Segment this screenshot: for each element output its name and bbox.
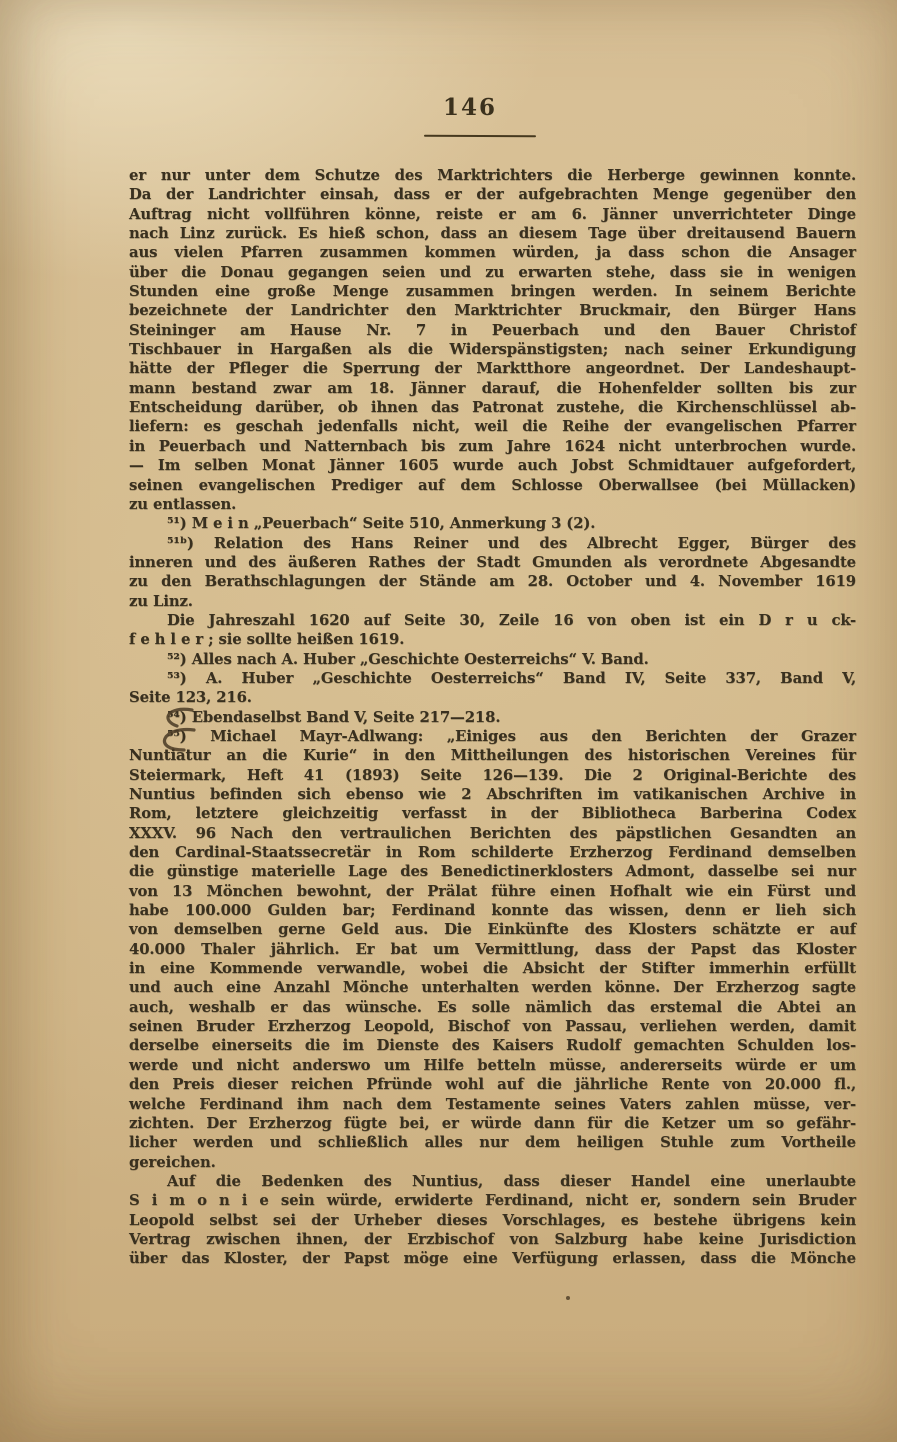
text-line: den Preis dieser reichen Pfründe wohl au… [129,1075,856,1094]
text-line: licher werden und schließlich alles nur … [129,1133,856,1152]
text-line: Tischbauer in Hargaßen als die Widerspän… [129,340,856,359]
text-line: Entscheidung darüber, ob ihnen das Patro… [129,398,856,417]
text-line: habe 100.000 Gulden bar; Ferdinand konnt… [129,901,856,920]
text-line: ⁵⁴) Ebendaselbst Band V, Seite 217—218. [129,708,856,727]
text-line: von demselben gerne Geld aus. Die Einkün… [129,920,856,939]
text-line: Da der Landrichter einsah, dass er der a… [129,185,856,204]
text-line: Auftrag nicht vollführen könne, reiste e… [129,205,856,224]
text-line: inneren und des äußeren Rathes der Stadt… [129,553,856,572]
text-line: über das Kloster, der Papst möge eine Ve… [129,1249,856,1268]
text-line: und auch eine Anzahl Mönche unterhalten … [129,978,856,997]
text-line: Steininger am Hause Nr. 7 in Peuerbach u… [129,321,856,340]
text-line: liefern: es geschah jedenfalls nicht, we… [129,417,856,436]
text-line: Vertrag zwischen ihnen, der Erzbischof v… [129,1230,856,1249]
text-line: auch, weshalb er das wünsche. Es solle n… [129,998,856,1017]
text-line: Auf die Bedenken des Nuntius, dass diese… [129,1172,856,1191]
text-line: welche Ferdinand ihm nach dem Testamente… [129,1095,856,1114]
text-line: Seite 123, 216. [129,688,856,707]
text-line: nach Linz zurück. Es hieß schon, dass an… [129,224,856,243]
scanned-book-page: { "page": { "number": "146", "paper_colo… [0,0,897,1442]
text-line: den Cardinal-Staatssecretär in Rom schil… [129,843,856,862]
text-line: f e h l e r ; sie sollte heißen 1619. [129,630,856,649]
text-line: Leopold selbst sei der Urheber dieses Vo… [129,1211,856,1230]
text-line: seinen Bruder Erzherzog Leopold, Bischof… [129,1017,856,1036]
page-number-rule [424,135,536,138]
text-line: von 13 Mönchen bewohnt, der Prälat führe… [129,882,856,901]
text-line: ⁵¹ᵇ) Relation des Hans Reiner und des Al… [129,534,856,553]
text-line: in eine Kommende verwandle, wobei die Ab… [129,959,856,978]
text-line: Nuntiatur an die Kurie“ in den Mittheilu… [129,746,856,765]
text-line: zichten. Der Erzherzog fügte bei, er wür… [129,1114,856,1133]
text-line: die günstige materielle Lage des Benedic… [129,862,856,881]
text-line: S i m o n i e sein würde, erwiderte Ferd… [129,1191,856,1210]
text-line: er nur unter dem Schutze des Marktrichte… [129,166,856,185]
page-number: 146 [0,94,897,121]
text-line: zu Linz. [129,592,856,611]
text-line: Stunden eine große Menge zusammen bringe… [129,282,856,301]
text-line: ⁵¹) M e i n „Peuerbach“ Seite 510, Anmer… [129,514,856,533]
ink-speck [566,1296,570,1300]
text-line: Nuntius befinden sich ebenso wie 2 Absch… [129,785,856,804]
text-line: mann bestand zwar am 18. Jänner darauf, … [129,379,856,398]
text-line: ⁵²) Alles nach A. Huber „Geschichte Oest… [129,650,856,669]
text-line: werde und nicht anderswo um Hilfe bettel… [129,1056,856,1075]
text-line: Die Jahreszahl 1620 auf Seite 30, Zeile … [129,611,856,630]
text-line: XXXV. 96 Nach den vertraulichen Berichte… [129,824,856,843]
text-line: über die Donau gegangen seien und zu erw… [129,263,856,282]
text-line: Rom, letztere gleichzeitig verfasst in d… [129,804,856,823]
text-line: ⁵³) A. Huber „Geschichte Oesterreichs“ B… [129,669,856,688]
handwritten-margin-mark [150,704,208,756]
text-line: — Im selben Monat Jänner 1605 wurde auch… [129,456,856,475]
text-line: seinen evangelischen Prediger auf dem Sc… [129,476,856,495]
text-line: hätte der Pfleger die Sperrung der Markt… [129,359,856,378]
text-line: bezeichnete der Landrichter den Marktric… [129,301,856,320]
text-block: er nur unter dem Schutze des Marktrichte… [129,166,856,1269]
text-line: Steiermark, Heft 41 (1893) Seite 126—139… [129,766,856,785]
text-line: ⁵⁵) Michael Mayr-Adlwang: „Einiges aus d… [129,727,856,746]
text-line: 40.000 Thaler jährlich. Er bat um Vermit… [129,940,856,959]
text-line: in Peuerbach und Natternbach bis zum Jah… [129,437,856,456]
text-line: zu den Berathschlagungen der Stände am 2… [129,572,856,591]
text-line: zu entlassen. [129,495,856,514]
text-line: derselbe einerseits die im Dienste des K… [129,1036,856,1055]
text-line: aus vielen Pfarren zusammen kommen würde… [129,243,856,262]
text-line: gereichen. [129,1153,856,1172]
